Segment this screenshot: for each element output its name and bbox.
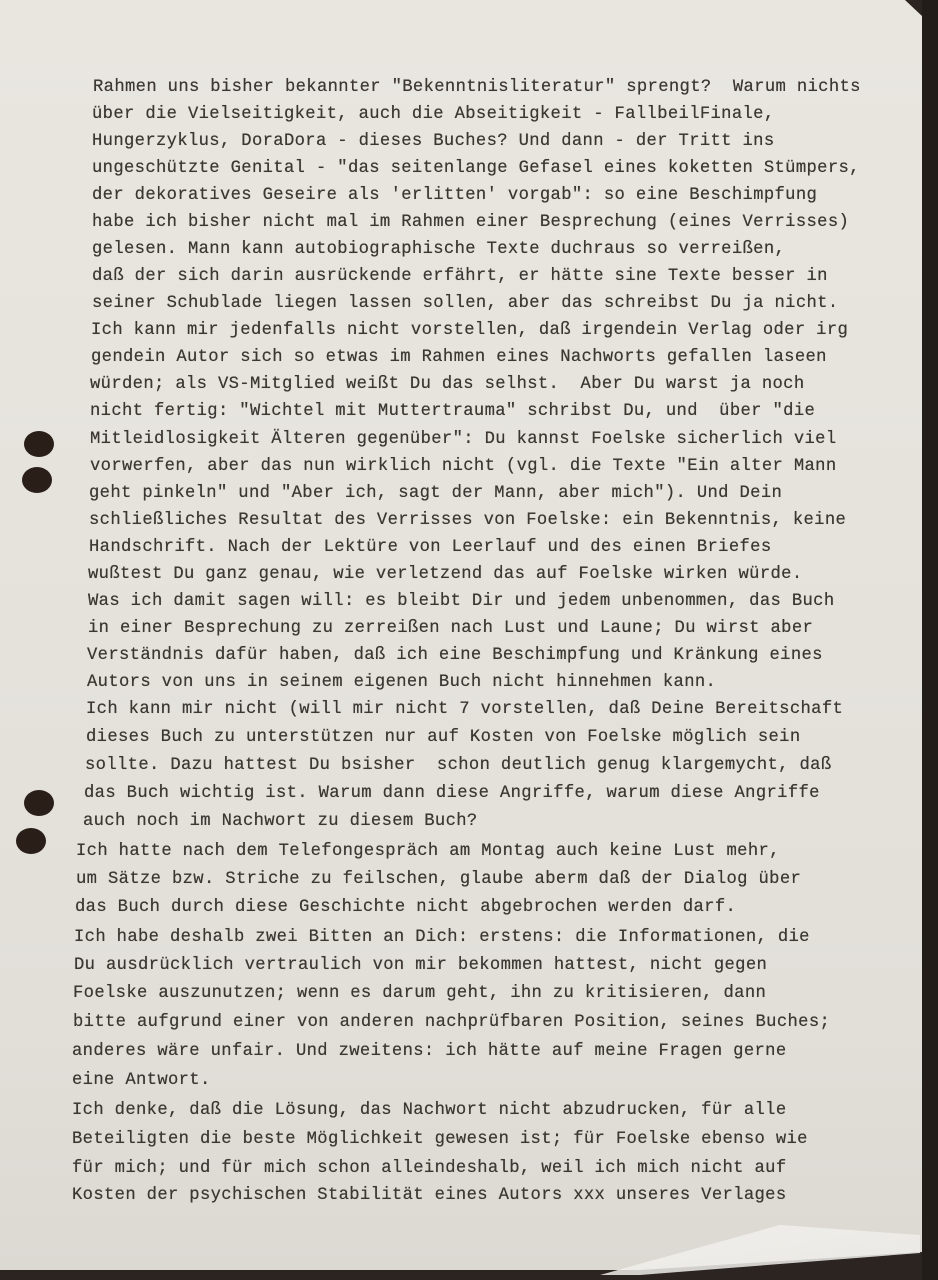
text-line: in einer Besprechung zu zerreißen nach L… — [88, 619, 813, 638]
text-line: dieses Buch zu unterstützen nur auf Kost… — [86, 728, 801, 747]
punch-hole-icon — [24, 790, 54, 816]
text-line: anderes wäre unfair. Und zweitens: ich h… — [72, 1042, 787, 1061]
text-line: Ich denke, daß die Lösung, das Nachwort … — [72, 1101, 787, 1120]
text-line: wußtest Du ganz genau, wie verletzend da… — [88, 565, 803, 584]
text-line: daß der sich darin ausrückende erfährt, … — [92, 267, 828, 286]
punch-hole-icon — [22, 467, 52, 493]
text-line: habe ich bisher nicht mal im Rahmen eine… — [92, 213, 849, 232]
text-line: auch noch im Nachwort zu diesem Buch? — [83, 812, 478, 831]
text-line: sollte. Dazu hattest Du bsisher schon de… — [85, 756, 832, 775]
text-line: Autors von uns in seinem eigenen Buch ni… — [87, 673, 716, 692]
text-line: Rahmen uns bisher bekannter "Bekenntnisl… — [93, 78, 861, 97]
text-line: um Sätze bzw. Striche zu feilschen, glau… — [76, 870, 801, 889]
text-line: für mich; und für mich schon alleindesha… — [72, 1159, 787, 1178]
text-line: das Buch wichtig ist. Warum dann diese A… — [84, 784, 820, 803]
text-line: der dekoratives Geseire als 'erlitten' v… — [92, 186, 817, 205]
text-line: bitte aufgrund einer von anderen nachprü… — [73, 1013, 830, 1032]
punch-hole-icon — [16, 828, 46, 854]
text-line: Foelske auszunutzen; wenn es darum geht,… — [73, 984, 766, 1003]
text-line: Du ausdrücklich vertraulich von mir beko… — [74, 956, 767, 975]
punch-hole-icon — [24, 431, 54, 457]
text-line: Ich habe deshalb zwei Bitten an Dich: er… — [74, 928, 810, 947]
text-line: Mitleidlosigkeit Älteren gegenüber": Du … — [90, 430, 837, 449]
text-line: Verständnis dafür haben, daß ich eine Be… — [87, 646, 823, 665]
text-line: Ich hatte nach dem Telefongespräch am Mo… — [76, 842, 780, 861]
text-line: Was ich damit sagen will: es bleibt Dir … — [88, 592, 835, 611]
text-line: ungeschützte Genital - "das seitenlange … — [92, 159, 860, 178]
text-line: Hungerzyklus, DoraDora - dieses Buches? … — [92, 132, 775, 151]
text-line: Ich kann mir nicht (will mir nicht 7 vor… — [86, 700, 843, 719]
text-line: gelesen. Mann kann autobiographische Tex… — [92, 240, 785, 259]
text-line: nicht fertig: "Wichtel mit Muttertrauma"… — [90, 402, 815, 421]
text-line: eine Antwort. — [72, 1071, 211, 1090]
text-line: Beteiligten die beste Möglichkeit gewese… — [72, 1130, 808, 1149]
background-edge — [922, 0, 938, 1280]
text-line: geht pinkeln" und "Aber ich, sagt der Ma… — [89, 484, 782, 503]
text-line: das Buch durch diese Geschichte nicht ab… — [75, 898, 736, 917]
text-line: schließliches Resultat des Verrisses von… — [89, 511, 846, 530]
text-line: Handschrift. Nach der Lektüre von Leerla… — [89, 538, 772, 557]
text-line: vorwerfen, aber das nun wirklich nicht (… — [90, 457, 837, 476]
text-line: seiner Schublade liegen lassen sollen, a… — [92, 294, 839, 313]
text-line: Kosten der psychischen Stabilität eines … — [72, 1186, 787, 1205]
text-line: würden; als VS-Mitglied weißt Du das sel… — [90, 375, 805, 394]
text-line: gendein Autor sich so etwas im Rahmen ei… — [91, 348, 827, 367]
text-line: Ich kann mir jedenfalls nicht vorstellen… — [91, 321, 848, 340]
text-line: über die Vielseitigkeit, auch die Abseit… — [92, 105, 775, 124]
